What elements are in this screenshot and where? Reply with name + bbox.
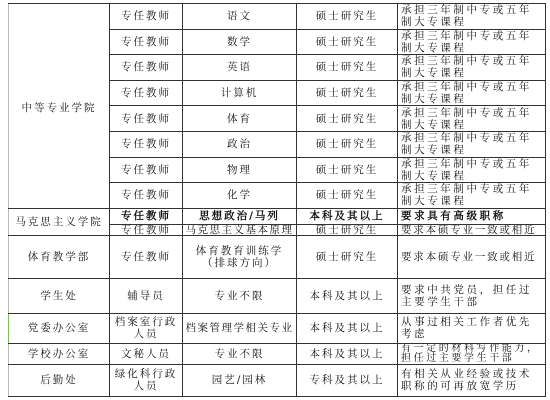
position-cell: 文秘人员 <box>110 343 183 364</box>
requirement-cell: 要求本硕专业一致或相近 <box>398 235 546 278</box>
requirement-cell: 承担三年制中专或五年制大专课程 <box>398 80 546 106</box>
major-cell: 计算机 <box>183 80 297 106</box>
education-cell: 硕士研究生 <box>297 106 398 132</box>
education-cell: 硕士研究生 <box>297 131 398 157</box>
position-cell: 专任教师 <box>110 106 183 132</box>
major-cell: 政治 <box>183 131 297 157</box>
education-cell: 硕士研究生 <box>297 55 398 81</box>
major-cell: 语文 <box>183 4 297 30</box>
recruitment-table: 中等专业学院 专任教师 语文 硕士研究生 承担三年制中专或五年制大专课程 专任教… <box>8 3 546 397</box>
requirement-cell: 从事过相关工作者优先考虑 <box>398 313 546 343</box>
requirement-cell: 承担三年制中专或五年制大专课程 <box>398 106 546 132</box>
requirement-cell: 有一定的材料写作能力，担任过主要学生干部 <box>398 343 546 364</box>
position-cell: 专任教师 <box>110 224 183 235</box>
table-row: 体育教学部 专任教师 体育教育训练学（排球方向） 硕士研究生 要求本硕专业一致或… <box>9 235 546 278</box>
position-cell: 专任教师 <box>110 183 183 209</box>
major-cell: 档案管理学相关专业 <box>183 313 297 343</box>
table-row: 中等专业学院 专任教师 语文 硕士研究生 承担三年制中专或五年制大专课程 <box>9 4 546 30</box>
position-cell: 辅导员 <box>110 278 183 313</box>
position-cell: 专任教师 <box>110 235 183 278</box>
table-row: 学校办公室 文秘人员 专业不限 本科及其以上 有一定的材料写作能力，担任过主要学… <box>9 343 546 364</box>
major-cell: 思想政治/马列 <box>183 208 297 224</box>
table-row: 党委办公室 档案室行政人员 档案管理学相关专业 本科及其以上 从事过相关工作者优… <box>9 313 546 343</box>
education-cell: 本科及其以上 <box>297 208 398 224</box>
requirement-cell: 要求本硕专业一致或相近 <box>398 224 546 235</box>
department-cell: 马克思主义学院 <box>9 208 110 235</box>
department-cell: 学校办公室 <box>9 343 110 364</box>
education-cell: 本科及其以上 <box>297 278 398 313</box>
education-cell: 硕士研究生 <box>297 80 398 106</box>
position-cell: 专任教师 <box>110 29 183 55</box>
major-cell: 体育 <box>183 106 297 132</box>
education-cell: 硕士研究生 <box>297 235 398 278</box>
major-cell: 园艺/园林 <box>183 364 297 396</box>
education-cell: 本科及其以上 <box>297 343 398 364</box>
requirement-cell: 承担三年制中专或五年制大专课程 <box>398 55 546 81</box>
major-cell: 专业不限 <box>183 343 297 364</box>
position-cell: 绿化科行政人员 <box>110 364 183 396</box>
position-cell: 专任教师 <box>110 157 183 183</box>
requirement-cell: 要求具有高级职称 <box>398 208 546 224</box>
education-cell: 硕士研究生 <box>297 4 398 30</box>
position-cell: 专任教师 <box>110 80 183 106</box>
major-cell: 体育教育训练学（排球方向） <box>183 235 297 278</box>
education-cell: 硕士研究生 <box>297 29 398 55</box>
requirement-cell: 有相关从业经验或技术职称的可再放宽学历 <box>398 364 546 396</box>
education-cell: 专科及其以上 <box>297 364 398 396</box>
requirement-cell: 承担三年制中专或五年制大专课程 <box>398 4 546 30</box>
requirement-cell: 承担三年制中专或五年制大专课程 <box>398 131 546 157</box>
education-cell: 本科及其以上 <box>297 313 398 343</box>
department-cell: 体育教学部 <box>9 235 110 278</box>
major-cell: 英语 <box>183 55 297 81</box>
requirement-cell: 承担三年制中专或五年制大专课程 <box>398 157 546 183</box>
department-cell: 后勤处 <box>9 364 110 396</box>
education-cell: 硕士研究生 <box>297 183 398 209</box>
requirement-cell: 要求中共党员，担任过主要学生干部 <box>398 278 546 313</box>
department-cell: 学生处 <box>9 278 110 313</box>
department-cell: 党委办公室 <box>9 313 110 343</box>
department-cell: 中等专业学院 <box>9 4 110 209</box>
education-cell: 硕士研究生 <box>297 157 398 183</box>
table-row: 后勤处 绿化科行政人员 园艺/园林 专科及其以上 有相关从业经验或技术职称的可再… <box>9 364 546 396</box>
major-cell: 马克思主义基本原理 <box>183 224 297 235</box>
position-cell: 专任教师 <box>110 4 183 30</box>
table-row: 学生处 辅导员 专业不限 本科及其以上 要求中共党员，担任过主要学生干部 <box>9 278 546 313</box>
requirement-cell: 承担三年制中专或五年制大专课程 <box>398 29 546 55</box>
major-cell: 物理 <box>183 157 297 183</box>
position-cell: 档案室行政人员 <box>110 313 183 343</box>
education-cell: 硕士研究生 <box>297 224 398 235</box>
major-cell: 化学 <box>183 183 297 209</box>
major-cell: 数学 <box>183 29 297 55</box>
requirement-cell: 承担三年制中专或五年制大专课程 <box>398 183 546 209</box>
table-row: 马克思主义学院 专任教师 思想政治/马列 本科及其以上 要求具有高级职称 <box>9 208 546 224</box>
major-cell: 专业不限 <box>183 278 297 313</box>
position-cell: 专任教师 <box>110 131 183 157</box>
position-cell: 专任教师 <box>110 208 183 224</box>
position-cell: 专任教师 <box>110 55 183 81</box>
